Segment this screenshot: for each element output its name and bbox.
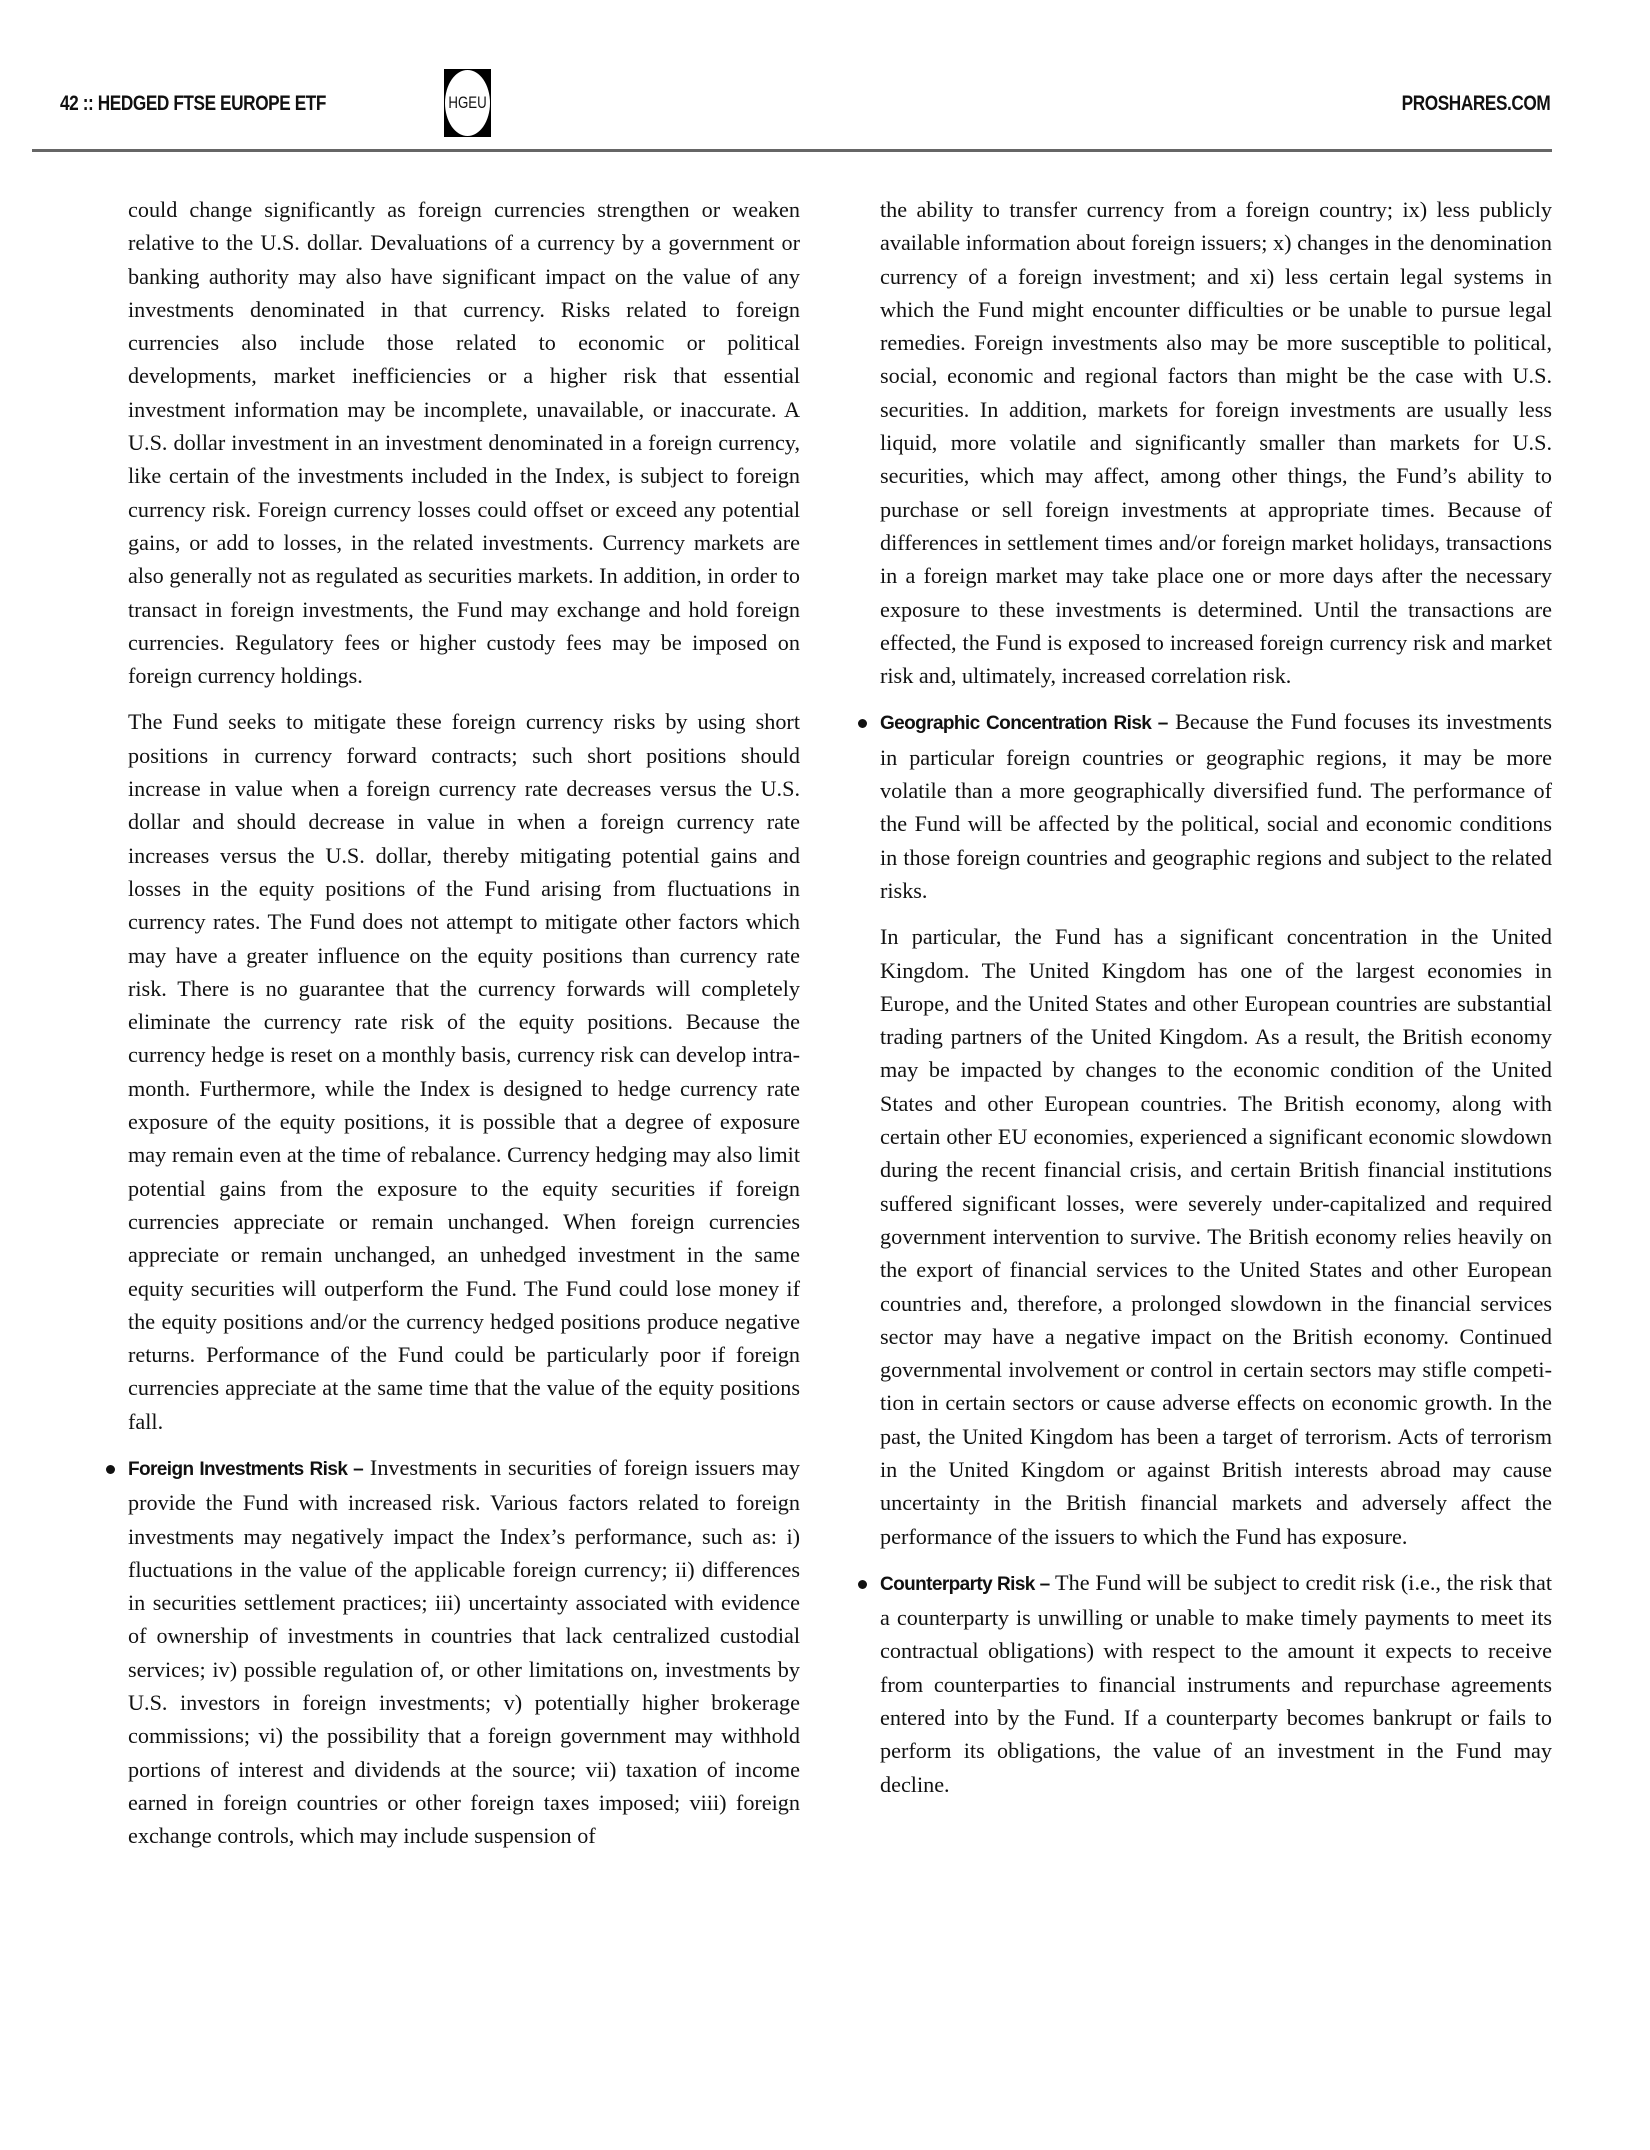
- bullet-text: The Fund will be subject to credit risk …: [880, 1570, 1552, 1797]
- right-column: the ability to transfer currency from a …: [880, 193, 1552, 1814]
- bullet-dot-icon: [858, 719, 867, 728]
- bullet-foreign-investments-risk: Foreign Investments Risk – Investments i…: [128, 1451, 800, 1853]
- bullet-counterparty-risk: Counterparty Risk – The Fund will be sub…: [880, 1566, 1552, 1801]
- bullet-dot-icon: [858, 1580, 867, 1589]
- paragraph-united-kingdom: In particular, the Fund has a significan…: [880, 920, 1552, 1553]
- page-header: 42 :: HEDGED FTSE EUROPE ETF HGEU PROSHA…: [0, 0, 1650, 160]
- bullet-heading: Geographic Concentration Risk –: [880, 713, 1168, 734]
- paragraph-foreign-investments-continued: the ability to transfer currency from a …: [880, 193, 1552, 692]
- site-link[interactable]: PROSHARES.COM: [1401, 92, 1550, 116]
- header-divider: [32, 149, 1552, 152]
- paragraph-currency-risk-continued: could change significantly as foreign cu…: [128, 193, 800, 692]
- page-number-and-title: 42 :: HEDGED FTSE EUROPE ETF: [60, 92, 326, 116]
- bullet-dot-icon: [106, 1465, 115, 1474]
- ticker-label: HGEU: [448, 93, 486, 113]
- bullet-text: Because the Fund focuses its investments…: [880, 709, 1552, 902]
- ticker-badge-circle-icon: HGEU: [445, 70, 490, 136]
- ticker-badge: HGEU: [444, 69, 491, 137]
- paragraph-currency-hedging: The Fund seeks to mitigate these foreign…: [128, 705, 800, 1438]
- bullet-heading: Counterparty Risk –: [880, 1574, 1050, 1595]
- bullet-geographic-concentration-risk: Geographic Concentration Risk – Because …: [880, 705, 1552, 907]
- bullet-heading: Foreign Investments Risk –: [128, 1459, 363, 1480]
- bullet-text: Investments in securities of foreign iss…: [128, 1455, 800, 1848]
- left-column: could change significantly as foreign cu…: [128, 193, 800, 1866]
